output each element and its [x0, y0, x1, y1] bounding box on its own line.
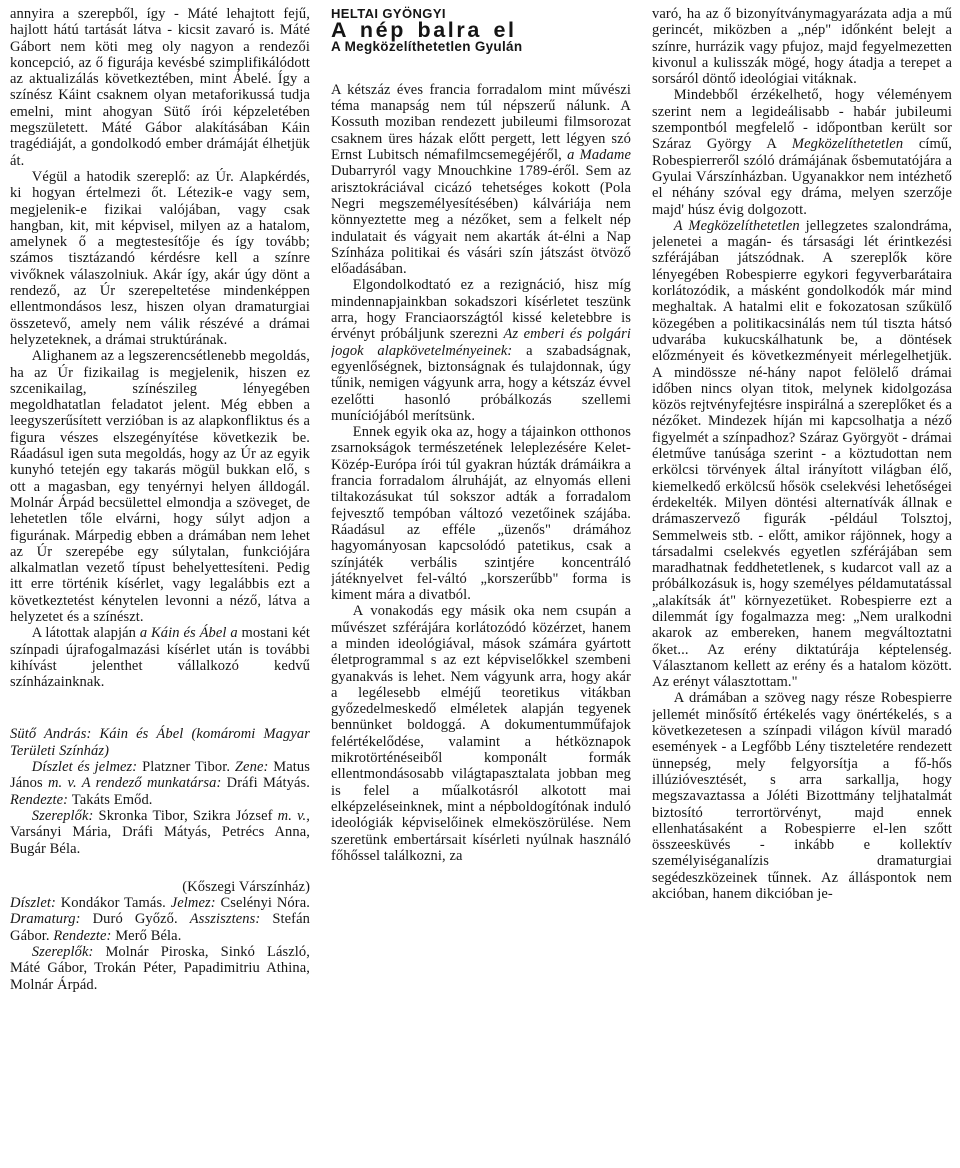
italic-text-run: a Madame	[567, 147, 631, 163]
italic-text-run: Dramaturg:	[10, 911, 93, 927]
paragraph: Alighanem az a legszerencsétlenebb megol…	[10, 348, 310, 625]
italic-text-run: Megközelíthetetlen	[792, 136, 903, 152]
paragraph: annyira a szerepből, így - Máté lehajtot…	[10, 6, 310, 169]
text-run: A drámában a szöveg nagy része Robespier…	[652, 690, 952, 902]
paragraph: Ennek egyik oka az, hogy a tájainkon ott…	[331, 424, 631, 603]
text-run: Dráfi Mátyás.	[227, 775, 310, 791]
italic-text-run: Díszlet és jelmez:	[32, 759, 142, 775]
italic-text-run: Szereplők:	[32, 808, 99, 824]
text-run: Takáts Emőd.	[72, 792, 153, 808]
paragraph: Sütő András: Káin és Ábel (komáromi Magy…	[10, 726, 310, 759]
middle-column-body: A kétszáz éves francia forradalom mint m…	[331, 82, 631, 864]
article-title: A nép balra el	[331, 22, 631, 38]
text-run: Varsányi Mária, Dráfi Mátyás, Petrécs An…	[10, 824, 310, 856]
text-run: Végül a hatodik szereplő: az Úr. Alapkér…	[10, 169, 310, 348]
text-run: (Kőszegi Várszínház)	[182, 879, 310, 895]
italic-text-run: Zene:	[235, 759, 273, 775]
right-column: varó, ha az ő bizonyítványmagyarázata ad…	[652, 6, 952, 1166]
text-run: Skronka Tibor, Szikra József	[99, 808, 278, 824]
paragraph: Elgondolkodtató ez a rezignáció, hisz mí…	[331, 277, 631, 424]
text-run: Alighanem az a legszerencsétlenebb megol…	[10, 348, 310, 625]
text-run: Kondákor Tamás.	[61, 895, 171, 911]
italic-text-run: Díszlet:	[10, 895, 61, 911]
text-run: Dubarryról vagy Mnouchkine 1789-éről. Se…	[331, 163, 631, 277]
text-run: Merő Béla.	[115, 928, 181, 944]
italic-text-run: m. v. A rendező munkatársa:	[48, 775, 227, 791]
paragraph: Díszlet: Kondákor Tamás. Jelmez: Cselény…	[10, 895, 310, 944]
paragraph: Díszlet és jelmez: Platzner Tibor. Zene:…	[10, 759, 310, 808]
text-run: Platzner Tibor.	[142, 759, 235, 775]
paragraph: A vonakodás egy másik oka nem csupán a m…	[331, 603, 631, 864]
middle-column: HELTAI GYÖNGYI A nép balra el A Megközel…	[331, 6, 631, 1166]
italic-text-run: Asszisztens:	[190, 911, 273, 927]
article-page: annyira a szerepből, így - Máté lehajtot…	[0, 0, 960, 1168]
text-run: jellegzetes szalondráma, jelenetei a mag…	[652, 218, 952, 690]
text-run: A látottak alapján	[32, 625, 140, 641]
text-run: varó, ha az ő bizonyítványmagyarázata ad…	[652, 6, 952, 87]
italic-text-run: Sütő András: Káin és Ábel (komáromi Magy…	[10, 726, 310, 758]
text-run: A vonakodás egy másik oka nem csupán a m…	[331, 603, 631, 863]
paragraph: (Kőszegi Várszínház)	[10, 879, 310, 895]
italic-text-run: Jelmez:	[171, 895, 221, 911]
italic-text-run: m. v.,	[278, 808, 310, 824]
paragraph: Mindebből érzékelhető, hogy véleményem s…	[652, 87, 952, 217]
text-run: Cselényi Nóra.	[221, 895, 310, 911]
paragraph: A látottak alapján a Káin és Ábel a most…	[10, 625, 310, 690]
paragraph: Szereplők: Molnár Piroska, Sinkó László,…	[10, 944, 310, 993]
paragraph: Szereplők: Skronka Tibor, Szikra József …	[10, 808, 310, 857]
paragraph: Végül a hatodik szereplő: az Úr. Alapkér…	[10, 169, 310, 348]
italic-text-run: Rendezte:	[10, 792, 72, 808]
italic-text-run: Rendezte:	[53, 928, 115, 944]
paragraph: varó, ha az ő bizonyítványmagyarázata ad…	[652, 6, 952, 87]
text-run: Duró Győző.	[93, 911, 190, 927]
text-run: Ennek egyik oka az, hogy a tájainkon ott…	[331, 424, 631, 603]
paragraph: A Megközelíthetetlen jellegzetes szalond…	[652, 218, 952, 691]
text-run: annyira a szerepből, így - Máté lehajtot…	[10, 6, 310, 169]
left-column: annyira a szerepből, így - Máté lehajtot…	[10, 6, 310, 1166]
italic-text-run: Szereplők:	[32, 944, 106, 960]
italic-text-run: A Megközelíthetetlen	[674, 218, 800, 234]
article-subtitle: A Megközelíthetetlen Gyulán	[331, 39, 631, 55]
paragraph: A drámában a szöveg nagy része Robespier…	[652, 690, 952, 902]
paragraph: A kétszáz éves francia forradalom mint m…	[331, 82, 631, 278]
italic-text-run: a Káin és Ábel a	[140, 625, 238, 641]
